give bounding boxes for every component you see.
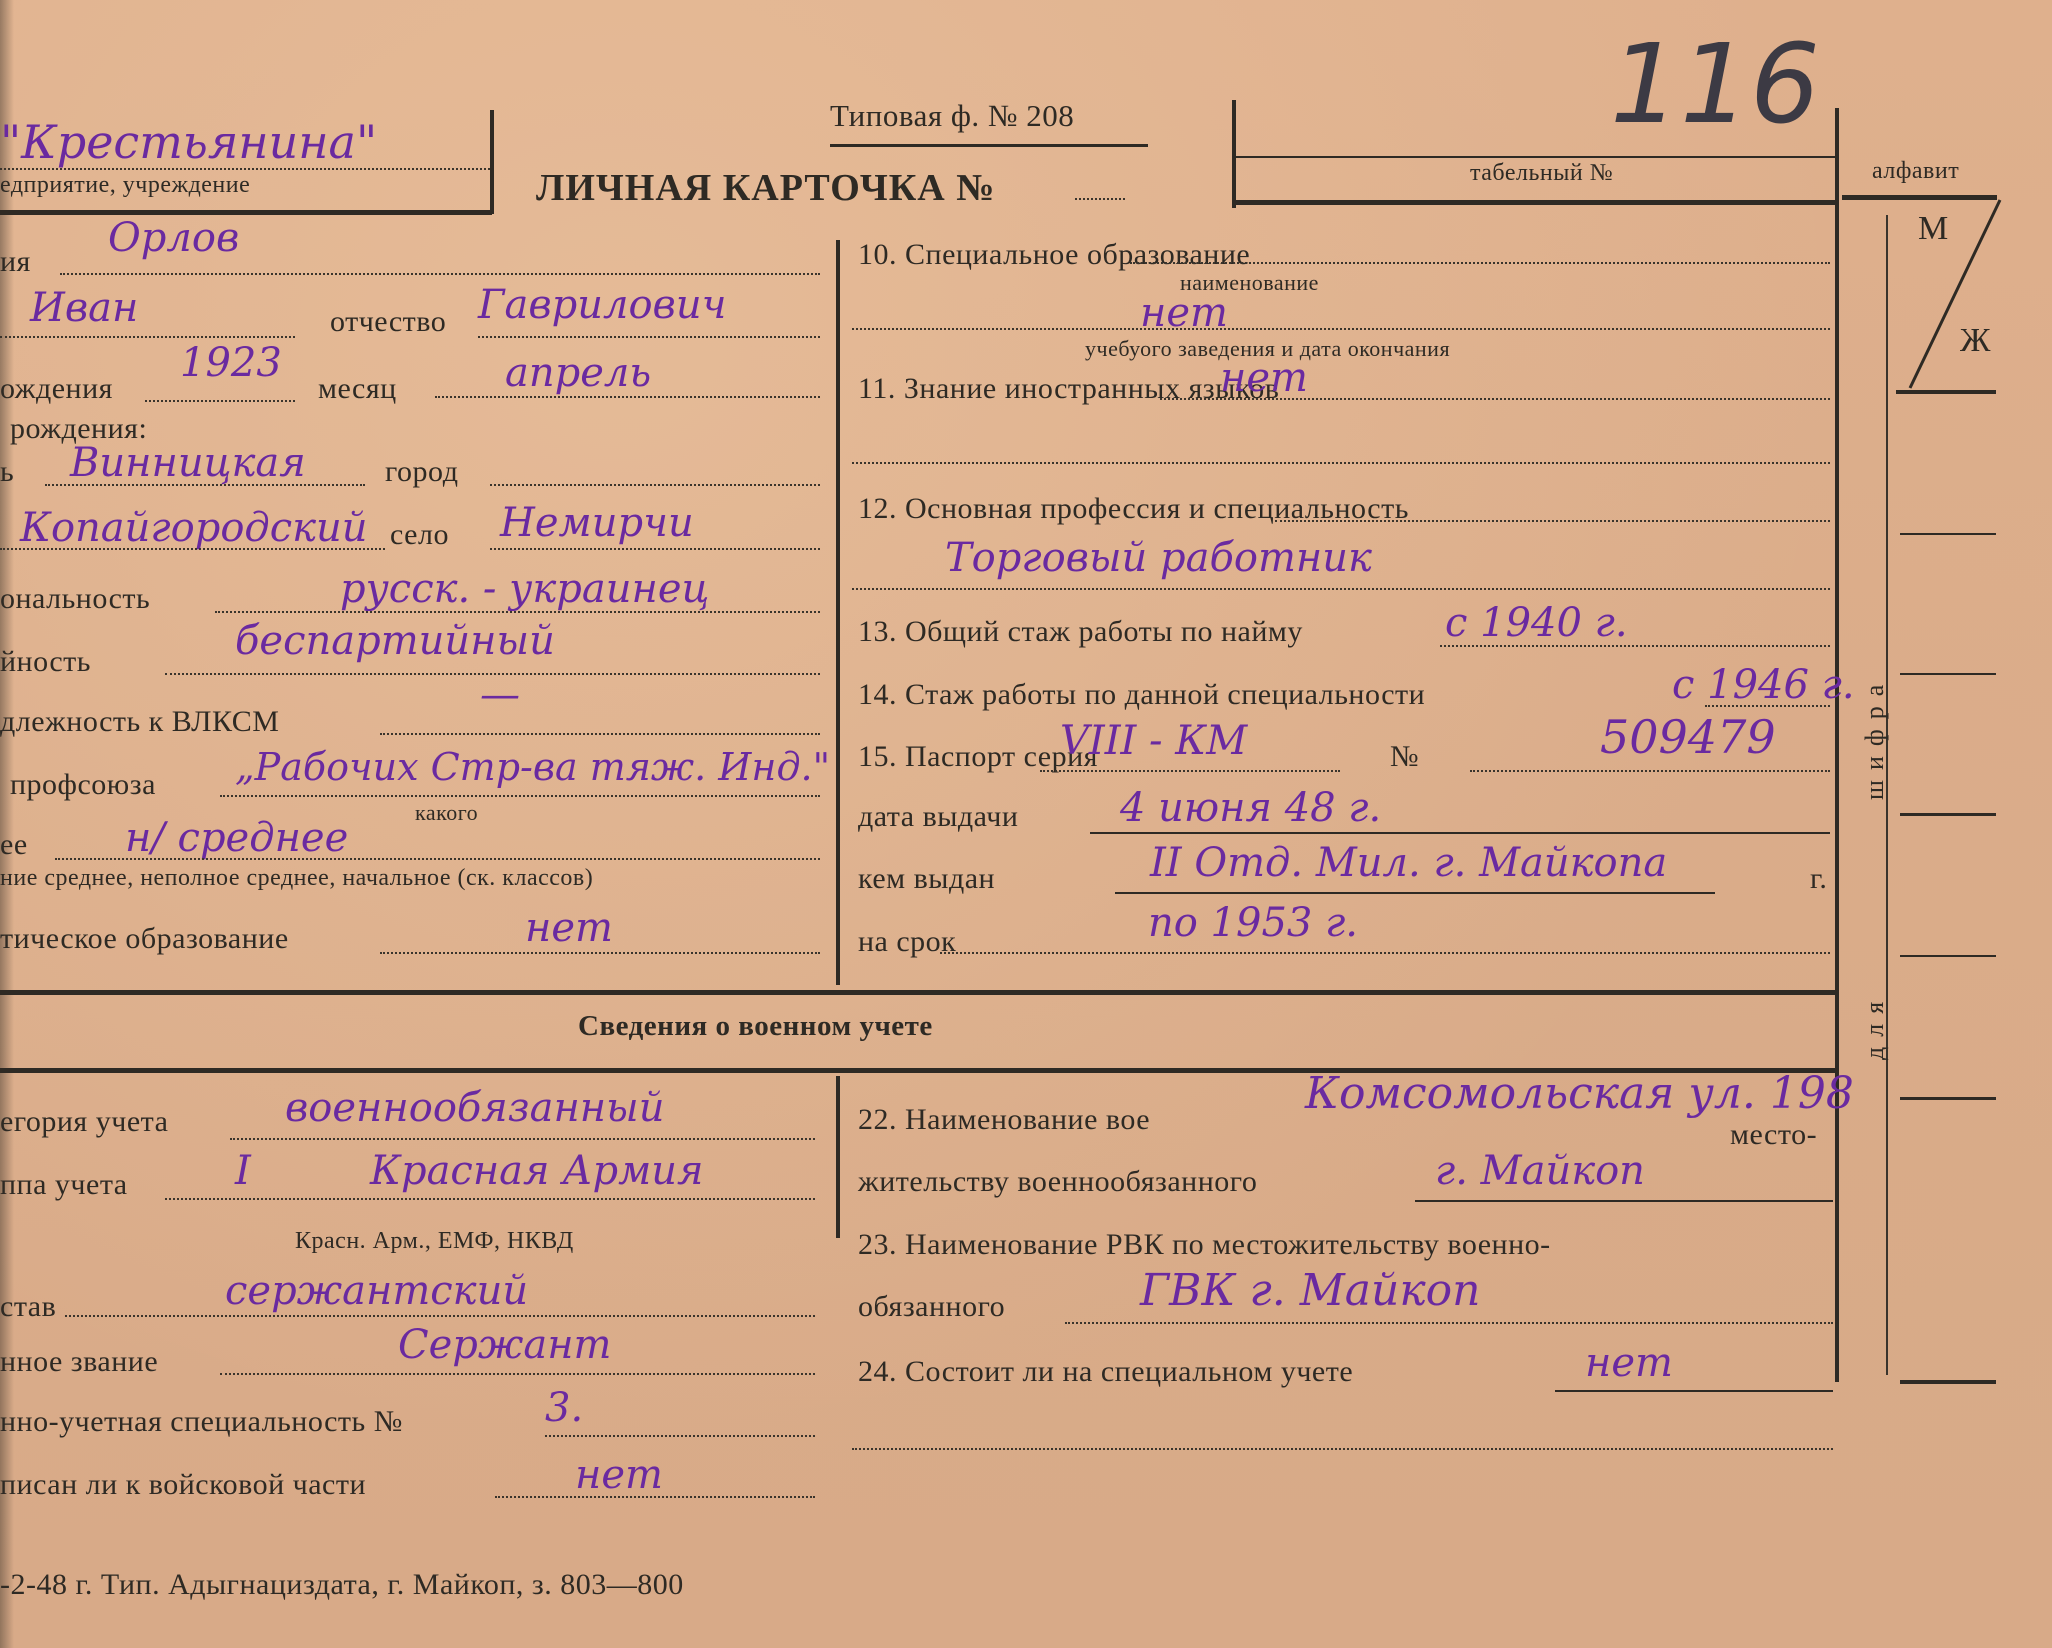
field-passport-number-value[interactable]: 509479 <box>1600 710 1776 764</box>
field-issued-by-label: кем выдан <box>858 862 995 896</box>
line <box>852 462 1830 464</box>
mil-rvk-value[interactable]: ГВК г. Майкоп <box>1140 1265 1480 1316</box>
line <box>1130 262 1830 264</box>
tab-number-line <box>1235 156 1835 158</box>
mil-specialty-label: нно-учетная специальность № <box>0 1405 403 1439</box>
mil-unit-value[interactable]: нет <box>575 1452 663 1498</box>
gender-diagonal <box>1890 198 2010 398</box>
alphabet-label: алфавит <box>1872 158 1959 185</box>
field-issued-by-suffix: г. <box>1810 862 1827 896</box>
field-education-label: ее <box>0 828 28 862</box>
mil-commissariat-value[interactable]: Комсомольская ул. 198 <box>1305 1068 1854 1119</box>
line <box>435 396 820 398</box>
line <box>230 1138 815 1140</box>
field-birthyear-label: ождения <box>0 372 113 406</box>
line <box>0 548 385 550</box>
side-tick-5 <box>1900 1097 1996 1100</box>
field-total-exp-label: 13. Общий стаж работы по найму <box>858 615 1303 649</box>
field-spec-exp-value[interactable]: с 1946 г. <box>1672 662 1855 708</box>
field-patronymic-label: отчество <box>330 305 446 339</box>
enterprise-divider <box>490 110 494 214</box>
side-tick-1 <box>1900 533 1996 535</box>
field-surname-label: ия <box>0 245 31 279</box>
mil-rank-label: нное звание <box>0 1345 158 1379</box>
mil-unit-label: писан ли к войсковой части <box>0 1468 366 1502</box>
card-number-line <box>1075 198 1125 200</box>
line <box>1415 1200 1833 1202</box>
mil-commissariat-label: 22. Наименование вое <box>858 1103 1150 1137</box>
mil-special-value[interactable]: нет <box>1585 1340 1673 1386</box>
footer-imprint: -2-48 г. Тип. Адыгнациздата, г. Майкоп, … <box>0 1568 684 1602</box>
line <box>1275 520 1830 522</box>
line <box>165 1198 815 1200</box>
side-tick-6 <box>1900 1380 1996 1384</box>
mil-residence-label: жительству военнообязанного <box>858 1165 1257 1199</box>
field-politedu-label: тическое образование <box>0 922 289 956</box>
line <box>545 1435 815 1437</box>
mil-residence-value[interactable]: г. Майкоп <box>1435 1148 1645 1194</box>
field-name-value[interactable]: Иван <box>30 285 138 331</box>
field-month-label: месяц <box>318 372 397 406</box>
mil-special-label: 24. Состоит ли на специальном учете <box>858 1355 1353 1389</box>
field-languages-value[interactable]: нет <box>1220 355 1308 401</box>
field-union-label: профсоюза <box>10 768 156 802</box>
enterprise-caption: едприятие, учреждение <box>0 172 250 199</box>
line <box>1090 832 1830 834</box>
line <box>380 952 820 954</box>
mil-specialty-value[interactable]: 3. <box>545 1385 583 1431</box>
field-city-label: город <box>385 455 458 489</box>
field-passport-number-label: № <box>1390 740 1419 774</box>
field-total-exp-value[interactable]: с 1940 г. <box>1445 600 1628 646</box>
military-top-rule <box>0 990 1838 995</box>
line <box>495 1496 815 1498</box>
line <box>0 336 295 338</box>
for-label: для <box>1860 992 1890 1060</box>
cipher-label: шифра <box>1860 675 1890 800</box>
mil-category-value[interactable]: военнообязанный <box>285 1085 665 1131</box>
card-title: ЛИЧНАЯ КАРТОЧКА № <box>536 166 995 210</box>
field-issue-date-label: дата выдачи <box>858 800 1018 834</box>
line <box>852 588 1830 590</box>
field-politedu-value[interactable]: нет <box>525 905 613 951</box>
lower-center-divider <box>836 1076 840 1238</box>
field-month-value[interactable]: апрель <box>505 350 651 396</box>
mil-group-label: ппа учета <box>0 1168 128 1202</box>
enterprise-line <box>0 168 490 170</box>
side-tick-4 <box>1900 955 1996 957</box>
field-issue-date-value[interactable]: 4 июня 48 г. <box>1120 785 1381 831</box>
side-tick-2 <box>1900 673 1996 675</box>
mil-composition-label: став <box>0 1290 56 1324</box>
field-education-caption: ние среднее, неполное среднее, начальное… <box>0 865 593 892</box>
field-nationality-value[interactable]: русск. - украинец <box>340 566 709 612</box>
field-party-value[interactable]: беспартийный <box>235 618 555 664</box>
mil-commissariat-label-tail: место- <box>1730 1118 1817 1152</box>
mil-group-value[interactable]: I <box>235 1148 251 1194</box>
line <box>1440 645 1830 647</box>
form-number-underline <box>830 144 1148 147</box>
field-komsomol-label: длежность к ВЛКСМ <box>0 705 279 739</box>
form-number: Типовая ф. № 208 <box>830 98 1074 134</box>
line <box>1555 1390 1833 1392</box>
field-surname-value[interactable]: Орлов <box>108 215 239 261</box>
field-passport-series-value[interactable]: VIII - КМ <box>1060 718 1247 764</box>
field-region-value[interactable]: Винницкая <box>70 440 306 486</box>
military-section-title: Сведения о военном учете <box>578 1010 933 1043</box>
field-birthyear-value[interactable]: 1923 <box>180 340 282 386</box>
field-languages-label: 11. Знание иностранных языков <box>858 372 1279 406</box>
line <box>215 611 820 613</box>
line <box>60 273 820 275</box>
mil-rvk-label2: обязанного <box>858 1290 1005 1324</box>
mil-group-value2[interactable]: Красная Армия <box>370 1148 704 1194</box>
field-special-edu-label: 10. Специальное образование <box>858 238 1250 272</box>
field-validity-value[interactable]: по 1953 г. <box>1148 900 1358 946</box>
tab-box-left <box>1232 100 1236 208</box>
line <box>1040 770 1340 772</box>
field-education-value[interactable]: н/ среднее <box>125 815 348 861</box>
tab-number-value: 116 <box>1610 20 1820 148</box>
line <box>490 484 820 486</box>
field-profession-value[interactable]: Торговый работник <box>945 535 1372 581</box>
line <box>852 1448 1833 1450</box>
line <box>1470 770 1830 772</box>
line <box>220 795 820 797</box>
upper-center-divider <box>836 240 840 985</box>
field-region-label: ь <box>0 455 14 489</box>
field-district-value[interactable]: Копайгородский <box>20 505 368 551</box>
field-spec-exp-label: 14. Стаж работы по данной специальности <box>858 678 1425 712</box>
enterprise-underline <box>0 210 492 215</box>
line <box>852 328 1830 330</box>
field-union-value[interactable]: „Рабочих Стр-ва тяж. Инд." <box>235 745 830 789</box>
field-nationality-label: ональность <box>0 582 150 616</box>
line <box>1160 398 1830 400</box>
field-party-label: йность <box>0 645 91 679</box>
mil-category-label: егория учета <box>0 1105 168 1139</box>
field-issued-by-value[interactable]: II Отд. Мил. г. Майкопа <box>1150 840 1667 886</box>
line <box>65 1315 815 1317</box>
mil-composition-value[interactable]: сержантский <box>225 1268 528 1314</box>
line <box>1065 1322 1833 1324</box>
enterprise-value: "Крестьянина" <box>0 115 377 169</box>
line <box>145 400 295 402</box>
mil-group-caption: Красн. Арм., ЕМФ, НКВД <box>295 1228 574 1255</box>
field-village-label: село <box>390 518 449 552</box>
line <box>1705 705 1830 707</box>
field-union-caption: какого <box>415 800 478 826</box>
field-patronymic-value[interactable]: Гаврилович <box>478 282 726 328</box>
field-komsomol-value[interactable]: — <box>480 672 520 718</box>
mil-rank-value[interactable]: Сержант <box>398 1322 611 1368</box>
lower-right-border <box>1835 1240 1839 1382</box>
line <box>45 484 365 486</box>
line <box>478 336 820 338</box>
line <box>490 548 820 550</box>
line <box>55 858 820 860</box>
line <box>1115 892 1715 894</box>
field-village-value[interactable]: Немирчи <box>500 500 694 546</box>
line <box>220 1373 815 1375</box>
line <box>380 733 820 735</box>
tab-number-underline <box>1235 200 1835 205</box>
tab-number-label: табельный № <box>1470 160 1613 187</box>
mil-rvk-label: 23. Наименование РВК по местожительству … <box>858 1228 1551 1262</box>
line <box>940 952 1830 954</box>
side-tick-3 <box>1900 813 1996 816</box>
gender-underline <box>1896 390 1996 394</box>
